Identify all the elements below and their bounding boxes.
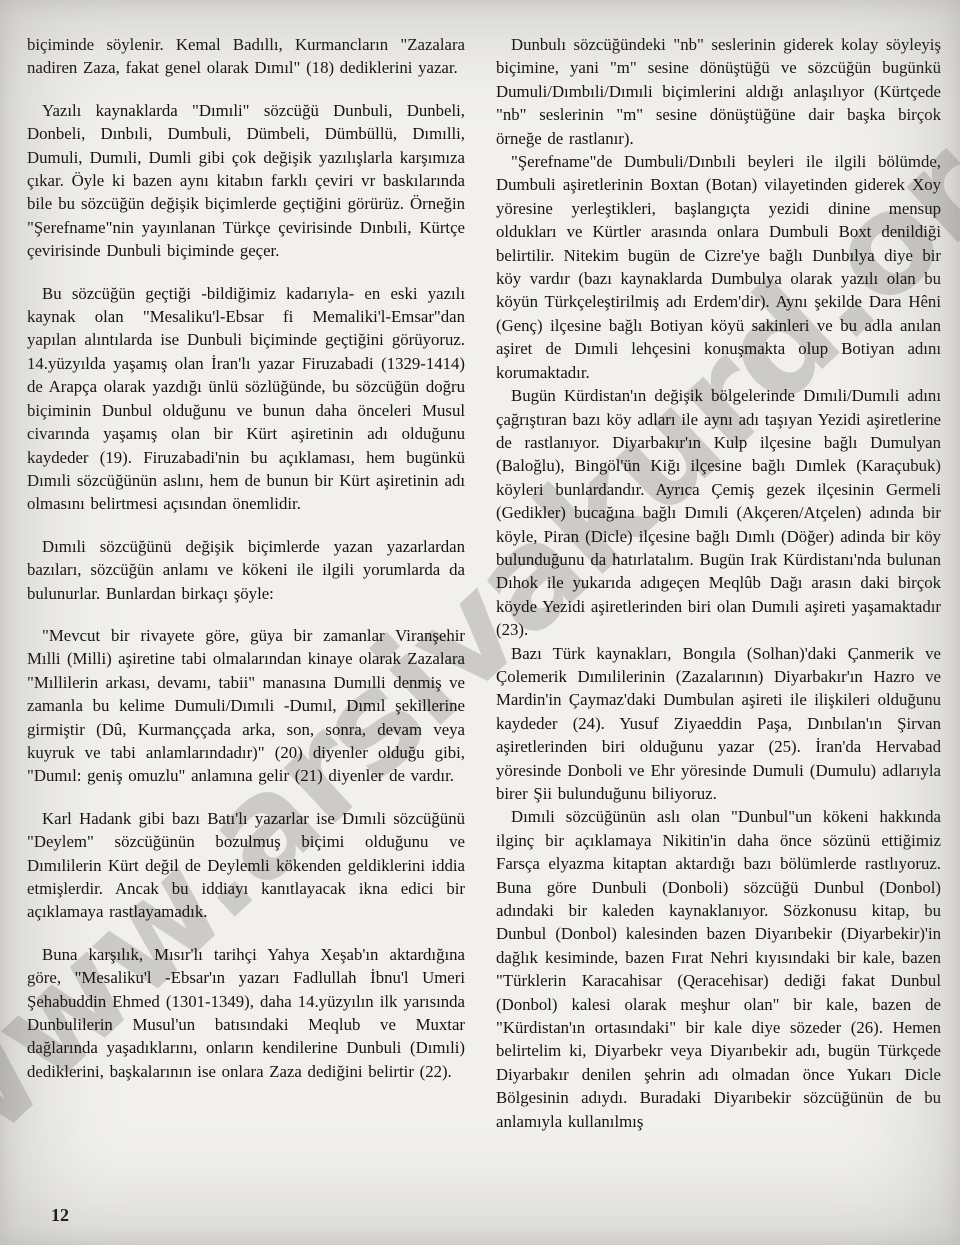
paragraph: Karl Hadank gibi bazı Batı'lı yazarlar i…	[27, 807, 465, 924]
paragraph: Bazı Türk kaynakları, Bongıla (Solhan)'d…	[496, 642, 941, 806]
paragraph: Dımıli sözcüğünün aslı olan "Dunbul"un k…	[496, 805, 941, 1133]
left-column: biçiminde söylenir. Kemal Badıllı, Kurma…	[27, 33, 465, 1102]
paragraph: Bu sözcüğün geçtiği -bildiğimiz kadarıyl…	[27, 282, 465, 516]
paragraph: "Şerefname"de Dumbuli/Dınbıli beyleri il…	[496, 150, 941, 384]
paragraph: "Mevcut bir rivayete göre, güya bir zama…	[27, 624, 465, 788]
right-column: Dunbulı sözcüğündeki "nb" seslerinin gid…	[496, 33, 941, 1133]
paragraph: Bugün Kürdistan'ın değişik bölgelerinde …	[496, 384, 941, 641]
paragraph: Buna karşılık, Mısır'lı tarihçi Yahya Xe…	[27, 943, 465, 1083]
document-page: www.arsivakurd.org biçiminde söylenir. K…	[0, 0, 960, 1245]
paragraph: Yazılı kaynaklarda "Dımıli" sözcüğü Dunb…	[27, 99, 465, 263]
page-number: 12	[51, 1205, 69, 1226]
paragraph: Dımıli sözcüğünü değişik biçimlerde yaza…	[27, 535, 465, 605]
paragraph: biçiminde söylenir. Kemal Badıllı, Kurma…	[27, 33, 465, 80]
paragraph: Dunbulı sözcüğündeki "nb" seslerinin gid…	[496, 33, 941, 150]
